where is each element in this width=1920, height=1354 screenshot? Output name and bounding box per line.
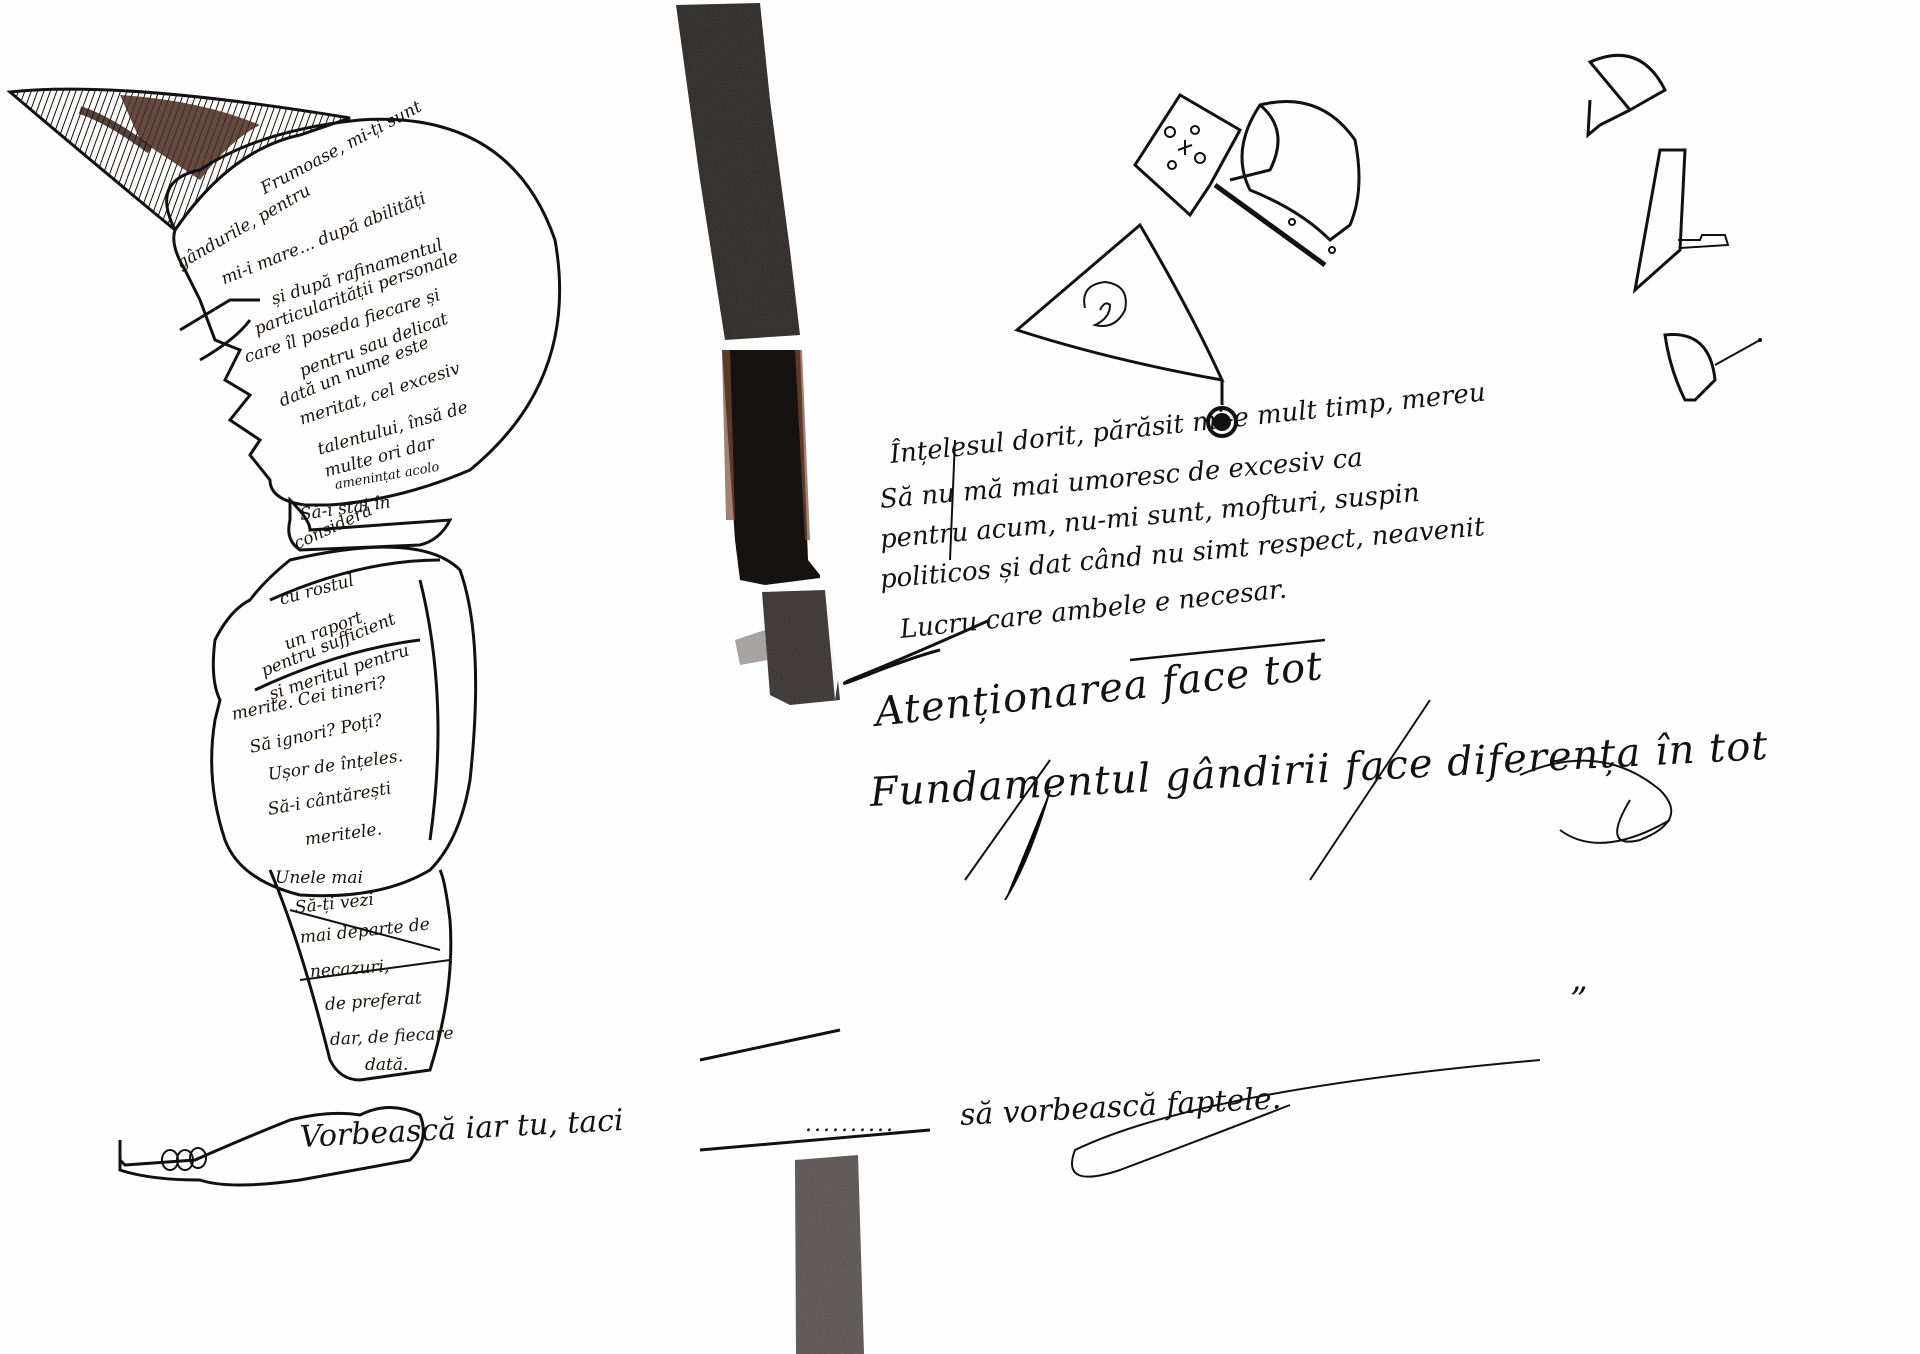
ink-strip-bottom [795, 1155, 864, 1354]
bottom-dots: .......... [805, 1112, 895, 1137]
closing-quote: ” [1570, 980, 1588, 1020]
square-dice-doodle [1135, 95, 1240, 215]
ink-strip-top [676, 3, 800, 340]
helmet-doodle [1215, 102, 1359, 265]
ink-strip-lower [735, 590, 840, 705]
body-line: dată. [365, 1055, 408, 1075]
small-glyph-doodles [1588, 55, 1762, 400]
triangle-spiral-doodle [1017, 225, 1236, 436]
body-line: Unele mai [275, 868, 363, 888]
ink-strip-middle [722, 350, 820, 585]
tbar-taci [700, 1030, 840, 1060]
artwork-canvas: Frumoase, mi-ți sunt gândurile, pentru m… [0, 0, 1920, 1354]
